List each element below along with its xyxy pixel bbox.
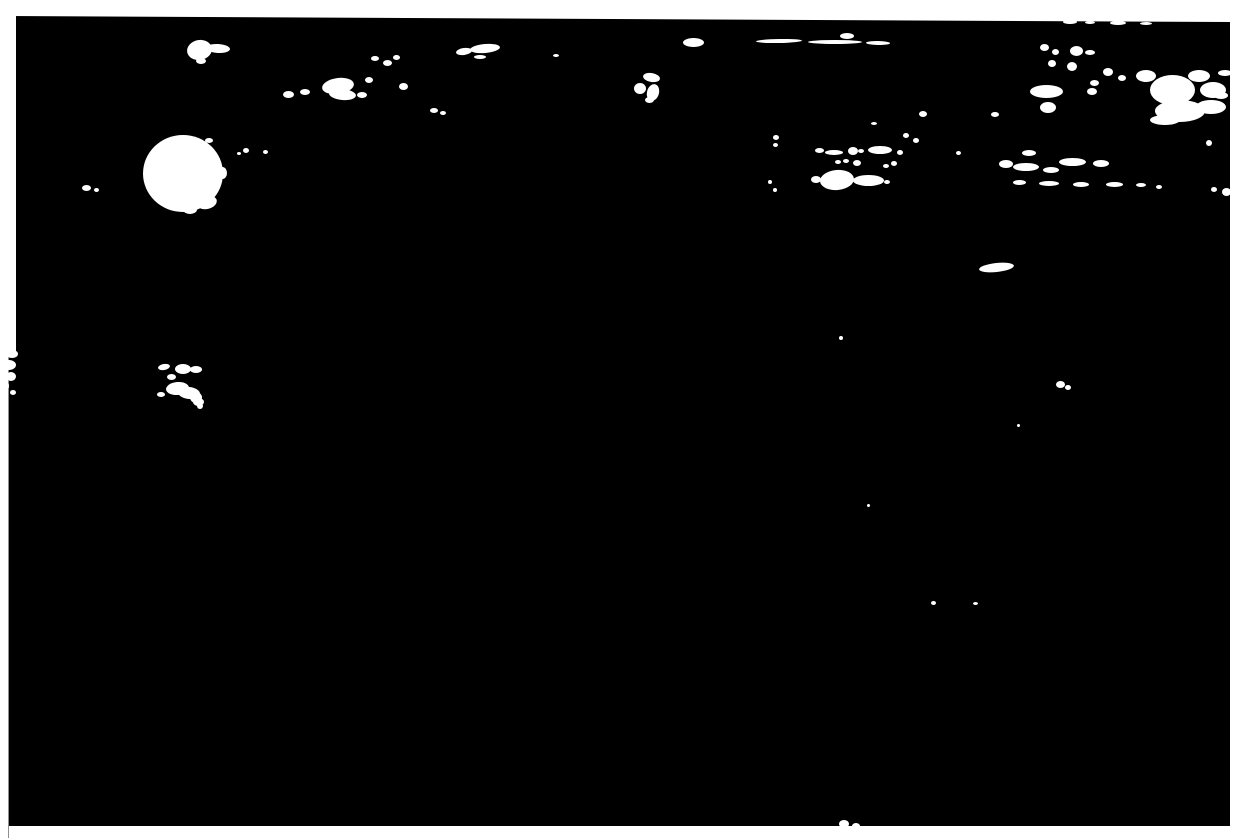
highlight-blob: [1085, 21, 1095, 24]
highlight-blob: [1013, 180, 1026, 185]
highlight-blob: [1093, 160, 1109, 167]
highlight-blob: [815, 148, 824, 153]
highlight-blob: [1090, 80, 1099, 86]
highlight-blob: [190, 366, 202, 373]
highlight-blob: [683, 38, 704, 47]
highlight-blob: [634, 83, 646, 94]
highlight-blob: [430, 108, 438, 113]
highlight-blob: [913, 138, 919, 143]
highlight-blob: [365, 77, 373, 83]
highlight-blob: [263, 150, 268, 154]
highlight-blob: [1043, 167, 1059, 173]
highlight-blob: [183, 205, 197, 214]
highlight-blob: [1103, 68, 1113, 76]
highlight-blob: [1052, 49, 1059, 55]
highlight-blob: [835, 160, 841, 164]
highlight-blob: [1067, 62, 1077, 71]
highlight-blob: [1, 382, 9, 390]
highlight-blob: [931, 601, 936, 605]
highlight-blob: [237, 152, 241, 155]
highlight-blob: [1048, 60, 1056, 67]
highlight-blob: [243, 148, 249, 153]
highlight-blob: [956, 151, 961, 155]
highlight-blob: [393, 55, 400, 60]
highlight-blob: [94, 188, 99, 192]
highlight-blob: [167, 374, 176, 380]
highlight-blob: [848, 147, 858, 155]
highlight-blob: [474, 55, 486, 59]
highlight-blob: [175, 364, 191, 374]
highlight-blob: [999, 160, 1013, 168]
highlight-blob: [1070, 46, 1083, 56]
highlight-blob: [773, 188, 777, 192]
highlight-blob: [808, 40, 862, 44]
highlight-blob: [157, 392, 165, 397]
highlight-blob: [1118, 75, 1126, 81]
highlight-blob: [553, 54, 559, 57]
highlight-blob: [1040, 44, 1049, 51]
highlight-blob: [867, 504, 870, 507]
highlight-blob: [825, 150, 843, 155]
highlight-blob: [840, 33, 854, 39]
highlight-blob: [843, 159, 849, 163]
highlight-blob: [852, 823, 860, 829]
highlight-blob: [1065, 385, 1071, 390]
highlight-blob: [1179, 110, 1185, 115]
highlight-blob: [991, 112, 999, 117]
highlight-blob: [6, 350, 18, 358]
highlight-blob: [919, 111, 927, 117]
highlight-blob-layer: [0, 0, 1240, 838]
highlight-blob: [1085, 50, 1095, 55]
highlight-blob: [903, 133, 909, 138]
highlight-blob: [1013, 163, 1039, 171]
highlight-blob: [773, 143, 778, 147]
scanned-photo-page: [0, 0, 1240, 838]
highlight-blob: [866, 41, 890, 45]
highlight-blob: [1030, 85, 1063, 98]
highlight-blob: [357, 92, 367, 98]
highlight-blob: [645, 97, 654, 103]
highlight-blob: [10, 390, 16, 395]
highlight-blob: [642, 72, 660, 84]
highlight-blob: [853, 160, 861, 166]
highlight-blob: [768, 180, 772, 184]
highlight-blob: [1063, 20, 1077, 24]
highlight-blob: [1156, 185, 1162, 189]
highlight-blob: [819, 169, 855, 192]
highlight-blob: [1073, 182, 1089, 187]
highlight-blob: [197, 403, 203, 409]
highlight-blob: [884, 180, 890, 184]
highlight-blob: [6, 372, 16, 381]
highlight-blob: [383, 60, 392, 66]
highlight-blob: [1140, 22, 1152, 25]
highlight-blob: [440, 111, 446, 115]
highlight-blob: [470, 43, 501, 55]
highlight-blob: [1206, 140, 1212, 146]
highlight-blob: [1222, 188, 1231, 196]
highlight-blob: [839, 336, 843, 340]
highlight-blob: [897, 150, 903, 155]
highlight-blob: [1059, 158, 1086, 166]
highlight-blob: [756, 39, 802, 44]
highlight-blob: [218, 167, 227, 179]
highlight-blob: [891, 161, 897, 166]
highlight-blob: [1022, 150, 1036, 156]
highlight-blob: [300, 89, 310, 95]
highlight-blob: [329, 88, 357, 101]
highlight-blob: [883, 164, 889, 168]
highlight-blob: [1106, 182, 1123, 187]
highlight-blob: [858, 149, 864, 153]
highlight-blob: [871, 122, 877, 125]
highlight-blob: [1039, 181, 1059, 186]
highlight-blob: [283, 91, 294, 98]
highlight-blob: [196, 58, 206, 64]
highlight-blob: [1040, 102, 1056, 113]
highlight-blob: [839, 820, 849, 828]
highlight-blob: [1218, 70, 1232, 76]
highlight-blob: [773, 135, 779, 140]
highlight-blob: [1087, 88, 1097, 95]
highlight-blob: [1196, 100, 1226, 114]
highlight-blob: [1136, 70, 1156, 82]
highlight-blob: [399, 83, 408, 90]
highlight-blob: [1056, 381, 1065, 388]
highlight-blob: [1211, 187, 1217, 192]
highlight-blob: [371, 56, 379, 61]
highlight-blob: [1188, 70, 1210, 82]
highlight-blob: [973, 602, 978, 605]
highlight-blob: [205, 138, 213, 143]
highlight-blob: [1214, 92, 1228, 99]
highlight-blob: [868, 146, 892, 154]
highlight-blob: [1110, 21, 1126, 25]
highlight-blob: [1017, 424, 1020, 427]
highlight-blob: [1136, 183, 1146, 187]
highlight-blob: [2, 360, 16, 370]
highlight-blob: [853, 175, 884, 186]
highlight-blob: [158, 363, 171, 371]
highlight-blob: [1150, 115, 1180, 125]
highlight-blob: [979, 261, 1015, 274]
highlight-blob: [82, 185, 91, 191]
